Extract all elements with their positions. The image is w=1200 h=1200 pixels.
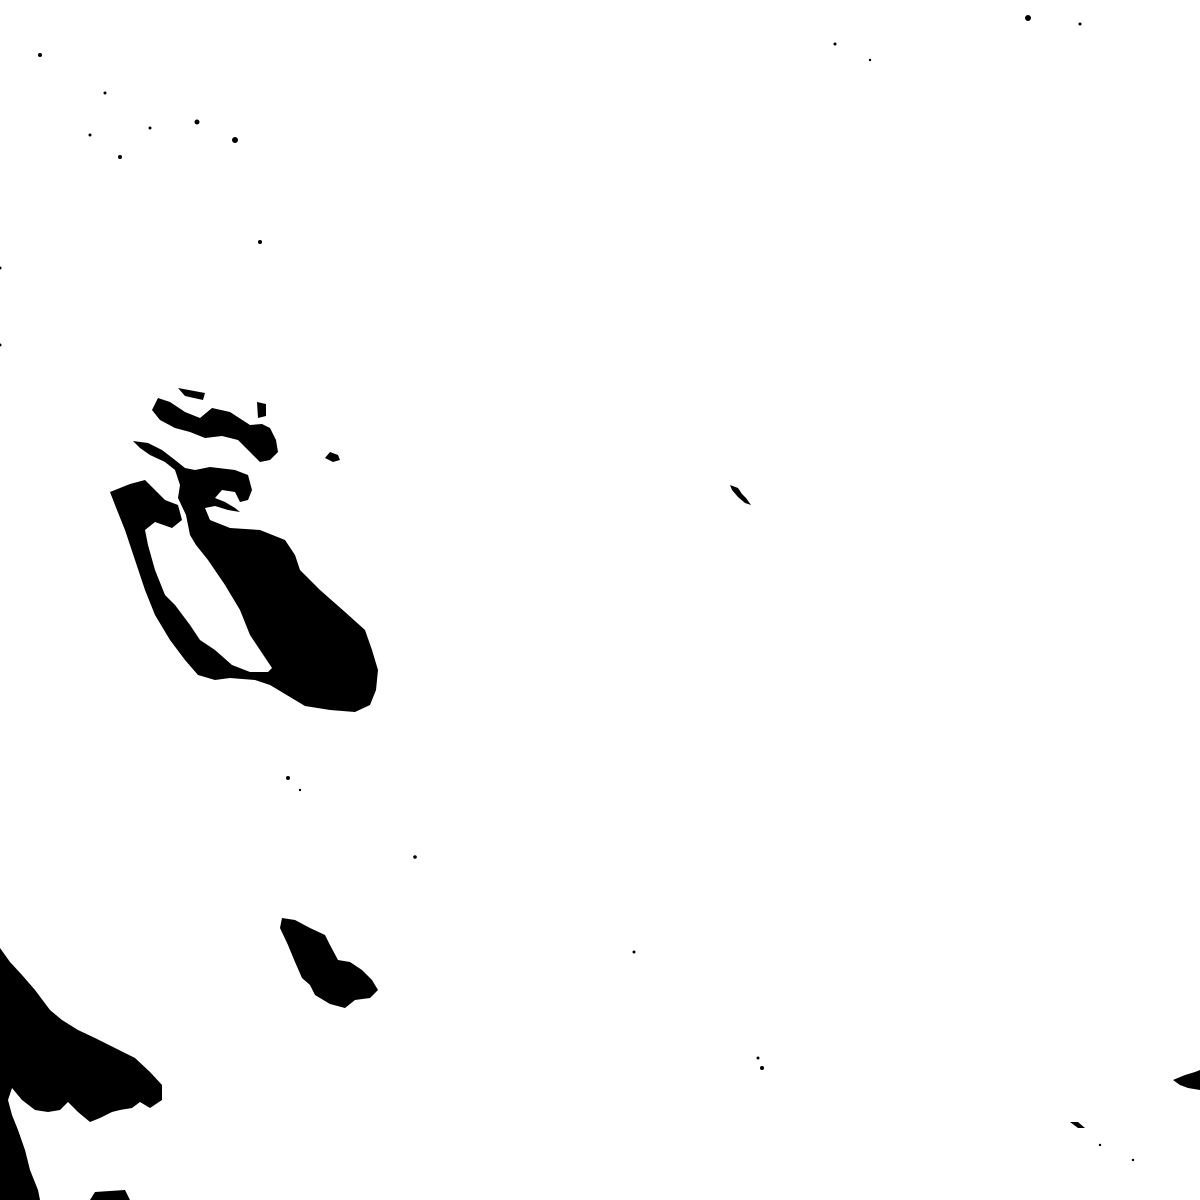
land-mask-map [0, 0, 1200, 1200]
water-background [0, 0, 1200, 1200]
